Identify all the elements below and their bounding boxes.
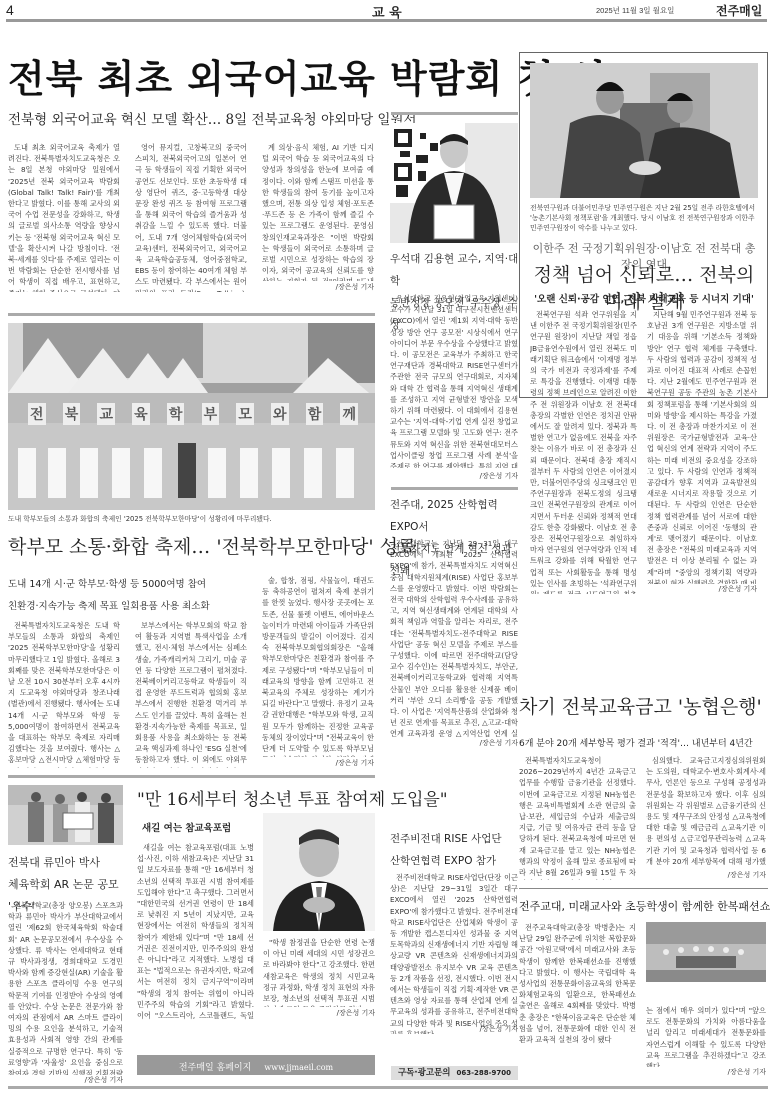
main-article-byline: /장은성 기자 [262,282,374,292]
section-divider [8,775,375,778]
handshake-caption: 전북연구원과 더불어민주당 민주연구원은 지난 2월 25일 전주 라한호텔에서… [530,203,758,233]
issue-date: 2025년 11월 3일 월요일 [596,5,674,16]
header-rule [6,19,767,22]
handshake-photo [530,63,758,198]
youth-vote-subhead: 새길 여는 참교육포럼 [142,820,231,834]
section-divider [391,487,518,490]
festival-banner-letters: 전 북 교 육 학 부 모 와 함 께 [28,403,358,425]
homepage-banner-label: 전주매일 홈페이지 [179,1063,251,1073]
feature-headline: 정책 넘어 신뢰로… 전북의 미래 설계 [526,260,762,314]
main-subhead: 전북형 외국어교육 혁신 모델 확산… 8일 전북교육청 야외마당 일원서 [8,108,417,128]
newspaper-brand: 전주매일 [716,2,762,19]
festival-byline: /장은성 기자 [262,758,374,768]
festival-photo-caption: 도내 학부모들의 소통과 화합의 축제인 '2025 전북학부모한마당'이 성황… [8,514,375,524]
woosuk-professor-photo [390,123,518,243]
liu-byline: /장은성 기자 [8,1075,123,1085]
homepage-banner[interactable]: 전주매일 홈페이지 www.jjmaeil.com [137,1055,375,1075]
hanbok-headline: 전주교대, 미래교사와 초등학생이 함께한 한복패션쇼 [519,898,770,914]
feature-byline: /장은성 기자 [647,584,757,594]
youth-vote-col-2: "학생 참정권을 단순한 연령 논쟁이 아닌 미래 세대의 시민 성장권으로 바… [263,937,375,1007]
section-divider [519,888,768,889]
festival-col-2: 보부스에서는 학부모회의 학교 참여 활동과 지역별 특색사업을 소개했고, 전… [135,620,247,768]
footer-rule [8,1086,768,1089]
hanbok-col-1: 전주교육대학교(총장 박병춘)는 지난달 29일 완주군에 위치한 복합문화공간… [519,922,636,1080]
rise-title: 전주비전대 RISE 사업단 산학연협력 EXPO 참가 [390,828,520,872]
bank-byline: /장은성 기자 [646,870,766,880]
hanbok-col-2: 는 점에서 매우 의미가 있다"며 "앞으로도 전통문화의 가치와 아름다움을 … [646,1005,766,1067]
rise-body: 전주비전대학교 RISE사업단(단장 이근상)은 지난달 29~31일 3일간 … [390,872,518,1034]
festival-photo: 전 북 교 육 학 부 모 와 함 께 [8,323,375,510]
woosuk-byline: /장은성 기자 [390,471,518,481]
subscription-phone[interactable]: 063-288-9700 [456,1069,511,1077]
liu-award-photo [8,785,123,845]
subscription-label: 구독·광고문의 [398,1068,451,1078]
bank-subhead: 6개 분야 20개 세부항목 평가 결과 '적격'… 내년부터 4년간 [519,736,753,749]
feature-subhead: '오랜 신뢰·공감 인연, 전북 미래교육 등 시너지 기대' [530,291,758,305]
liu-body: 전북대학교(총장 양오봉) 스포츠과학과 류민아 박사가 부산대학교에서 열린 … [8,900,123,1075]
festival-headline: 학부모 소통·화합 축제… '전북학부모한마당' 성료 [8,532,416,559]
section-divider [8,313,375,316]
section-divider [391,112,518,115]
woosuk-body: 우석대학교 김용현(창업교육·지원센터) 교수가 지난달 31일 대구전시컨벤션… [390,293,518,468]
main-article-col-3: 계 의상·음식 체험, AI 기반 디지털 외국어 학습 등 외국어교육의 다양… [262,142,374,281]
subscription-box[interactable]: 구독·광고문의 063-288-9700 [391,1066,518,1080]
portrait-photo [263,813,375,931]
youth-vote-byline: /장은성 기자 [263,1008,375,1018]
youth-vote-col-1: 새길을 여는 참교육포럼(대표 노병섭·사진, 이하 새참교육)은 지난달 31… [137,842,254,1020]
feature-col-1: 전북연구원 석좌 연구위원을 지낸 이한주 전 국정기획위원장(민주연구원 원장… [530,309,637,594]
festival-subhead-2: 친환경·지속가능 축제 목표 일회용품 사용 최소화 [8,598,210,612]
main-headline: 전북 최초 외국어교육 박람회 첫 선 [8,48,607,103]
hanbok-byline: /장은성 기자 [646,1067,766,1077]
jeonju-expo-body: 전주대학교는 지난달 29~31일 대구 EXCO에서 개최된 '2025 산학… [390,538,518,738]
festival-col-1: 전북특별자치도교육청은 도내 학부모들의 소통과 화합의 축제인 '2025 전… [8,620,120,768]
bank-headline: 차기 전북교육금고 '농협은행' [519,692,762,719]
homepage-url[interactable]: www.jjmaeil.com [264,1063,333,1072]
main-article-col-2: 영어 뮤지컬, 고창북고의 중국어 스피치, 전북외국어고의 일본어 연극 등 … [135,142,247,292]
festival-subhead-1: 도내 14개 시·군 학부모·학생 등 5000여명 참여 [8,576,206,590]
rise-byline: /장은성 기자 [390,1024,518,1034]
bank-col-1: 전북특별자치도교육청이 2026~2029년까지 4년간 교육금고 업무를 수행… [519,755,636,880]
hanbok-show-photo [646,922,766,982]
main-article-col-1: 도내 최초 외국어교육 축제가 열려진다. 전북특별자치도교육청은 오는 8일 … [8,142,120,292]
jeonju-expo-byline: /장은성 기자 [390,738,518,748]
festival-col-3: 술, 합창, 점핑, 사물놀이, 태권도 등 축하공연이 펼쳐져 축제 분위기를… [262,575,374,757]
feature-col-2: 지난해 9월 민주연구원과 전북 등 호남권 3개 연구원은 지방소멸 위기 대… [647,309,757,584]
bank-col-2: 심의했다. 교육금고지정심의위원회는 도의원, 대학교수·변호사·회계사·세무사… [646,755,766,865]
youth-vote-headline: "만 16세부터 청소년 투표 참여제 도입을" [137,785,448,810]
page-number: 4 [6,2,14,18]
